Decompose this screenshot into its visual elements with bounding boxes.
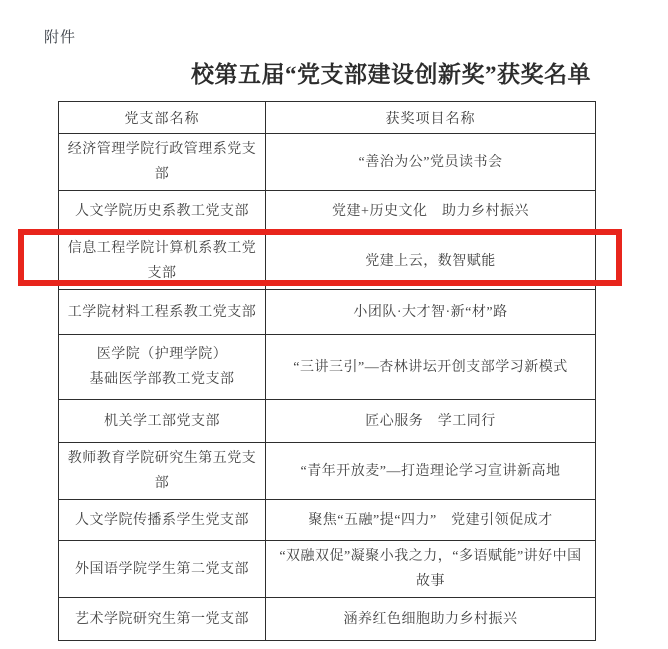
table-row: 工学院材料工程系教工党支部 小团队·大才智·新“材”路 bbox=[59, 290, 596, 335]
table-row-highlighted: 信息工程学院计算机系教工党支部 党建上云，数智赋能 bbox=[59, 233, 596, 290]
branch-name: 外国语学院学生第二党支部 bbox=[59, 541, 266, 598]
branch-name: 教师教育学院研究生第五党支部 bbox=[59, 443, 266, 500]
branch-name: 人文学院历史系教工党支部 bbox=[59, 191, 266, 233]
project-name: “青年开放麦”—打造理论学习宣讲新高地 bbox=[266, 443, 596, 500]
table-row: 艺术学院研究生第一党支部 涵养红色细胞助力乡村振兴 bbox=[59, 598, 596, 641]
project-name: 小团队·大才智·新“材”路 bbox=[266, 290, 596, 335]
column-header-branch: 党支部名称 bbox=[59, 102, 266, 134]
page-title: 校第五届“党支部建设创新奖”获奖名单 bbox=[191, 56, 591, 89]
table-row: 经济管理学院行政管理系党支部 “善治为公”党员读书会 bbox=[59, 134, 596, 191]
project-name: 涵养红色细胞助力乡村振兴 bbox=[266, 598, 596, 641]
attachment-label: 附件 bbox=[44, 26, 76, 47]
table-row: 人文学院传播系学生党支部 聚焦“五融”提“四力” 党建引领促成才 bbox=[59, 500, 596, 541]
branch-name: 艺术学院研究生第一党支部 bbox=[59, 598, 266, 641]
project-name: “善治为公”党员读书会 bbox=[266, 134, 596, 191]
table-row: 人文学院历史系教工党支部 党建+历史文化 助力乡村振兴 bbox=[59, 191, 596, 233]
branch-name: 信息工程学院计算机系教工党支部 bbox=[59, 233, 266, 290]
branch-name: 工学院材料工程系教工党支部 bbox=[59, 290, 266, 335]
branch-name: 医学院（护理学院） 基础医学部教工党支部 bbox=[59, 335, 266, 400]
table-row: 医学院（护理学院） 基础医学部教工党支部 “三讲三引”—杏林讲坛开创支部学习新模… bbox=[59, 335, 596, 400]
project-name: “双融双促”凝聚小我之力，“多语赋能”讲好中国故事 bbox=[266, 541, 596, 598]
project-name: 匠心服务 学工同行 bbox=[266, 400, 596, 443]
column-header-project: 获奖项目名称 bbox=[266, 102, 596, 134]
branch-name: 人文学院传播系学生党支部 bbox=[59, 500, 266, 541]
table-row: 机关学工部党支部 匠心服务 学工同行 bbox=[59, 400, 596, 443]
award-table: 党支部名称 获奖项目名称 经济管理学院行政管理系党支部 “善治为公”党员读书会 … bbox=[58, 101, 595, 641]
project-name: 党建+历史文化 助力乡村振兴 bbox=[266, 191, 596, 233]
table-row: 教师教育学院研究生第五党支部 “青年开放麦”—打造理论学习宣讲新高地 bbox=[59, 443, 596, 500]
project-name: 党建上云，数智赋能 bbox=[266, 233, 596, 290]
table-row: 外国语学院学生第二党支部 “双融双促”凝聚小我之力，“多语赋能”讲好中国故事 bbox=[59, 541, 596, 598]
branch-name: 机关学工部党支部 bbox=[59, 400, 266, 443]
project-name: “三讲三引”—杏林讲坛开创支部学习新模式 bbox=[266, 335, 596, 400]
project-name: 聚焦“五融”提“四力” 党建引领促成才 bbox=[266, 500, 596, 541]
table-header-row: 党支部名称 获奖项目名称 bbox=[59, 102, 596, 134]
branch-name: 经济管理学院行政管理系党支部 bbox=[59, 134, 266, 191]
